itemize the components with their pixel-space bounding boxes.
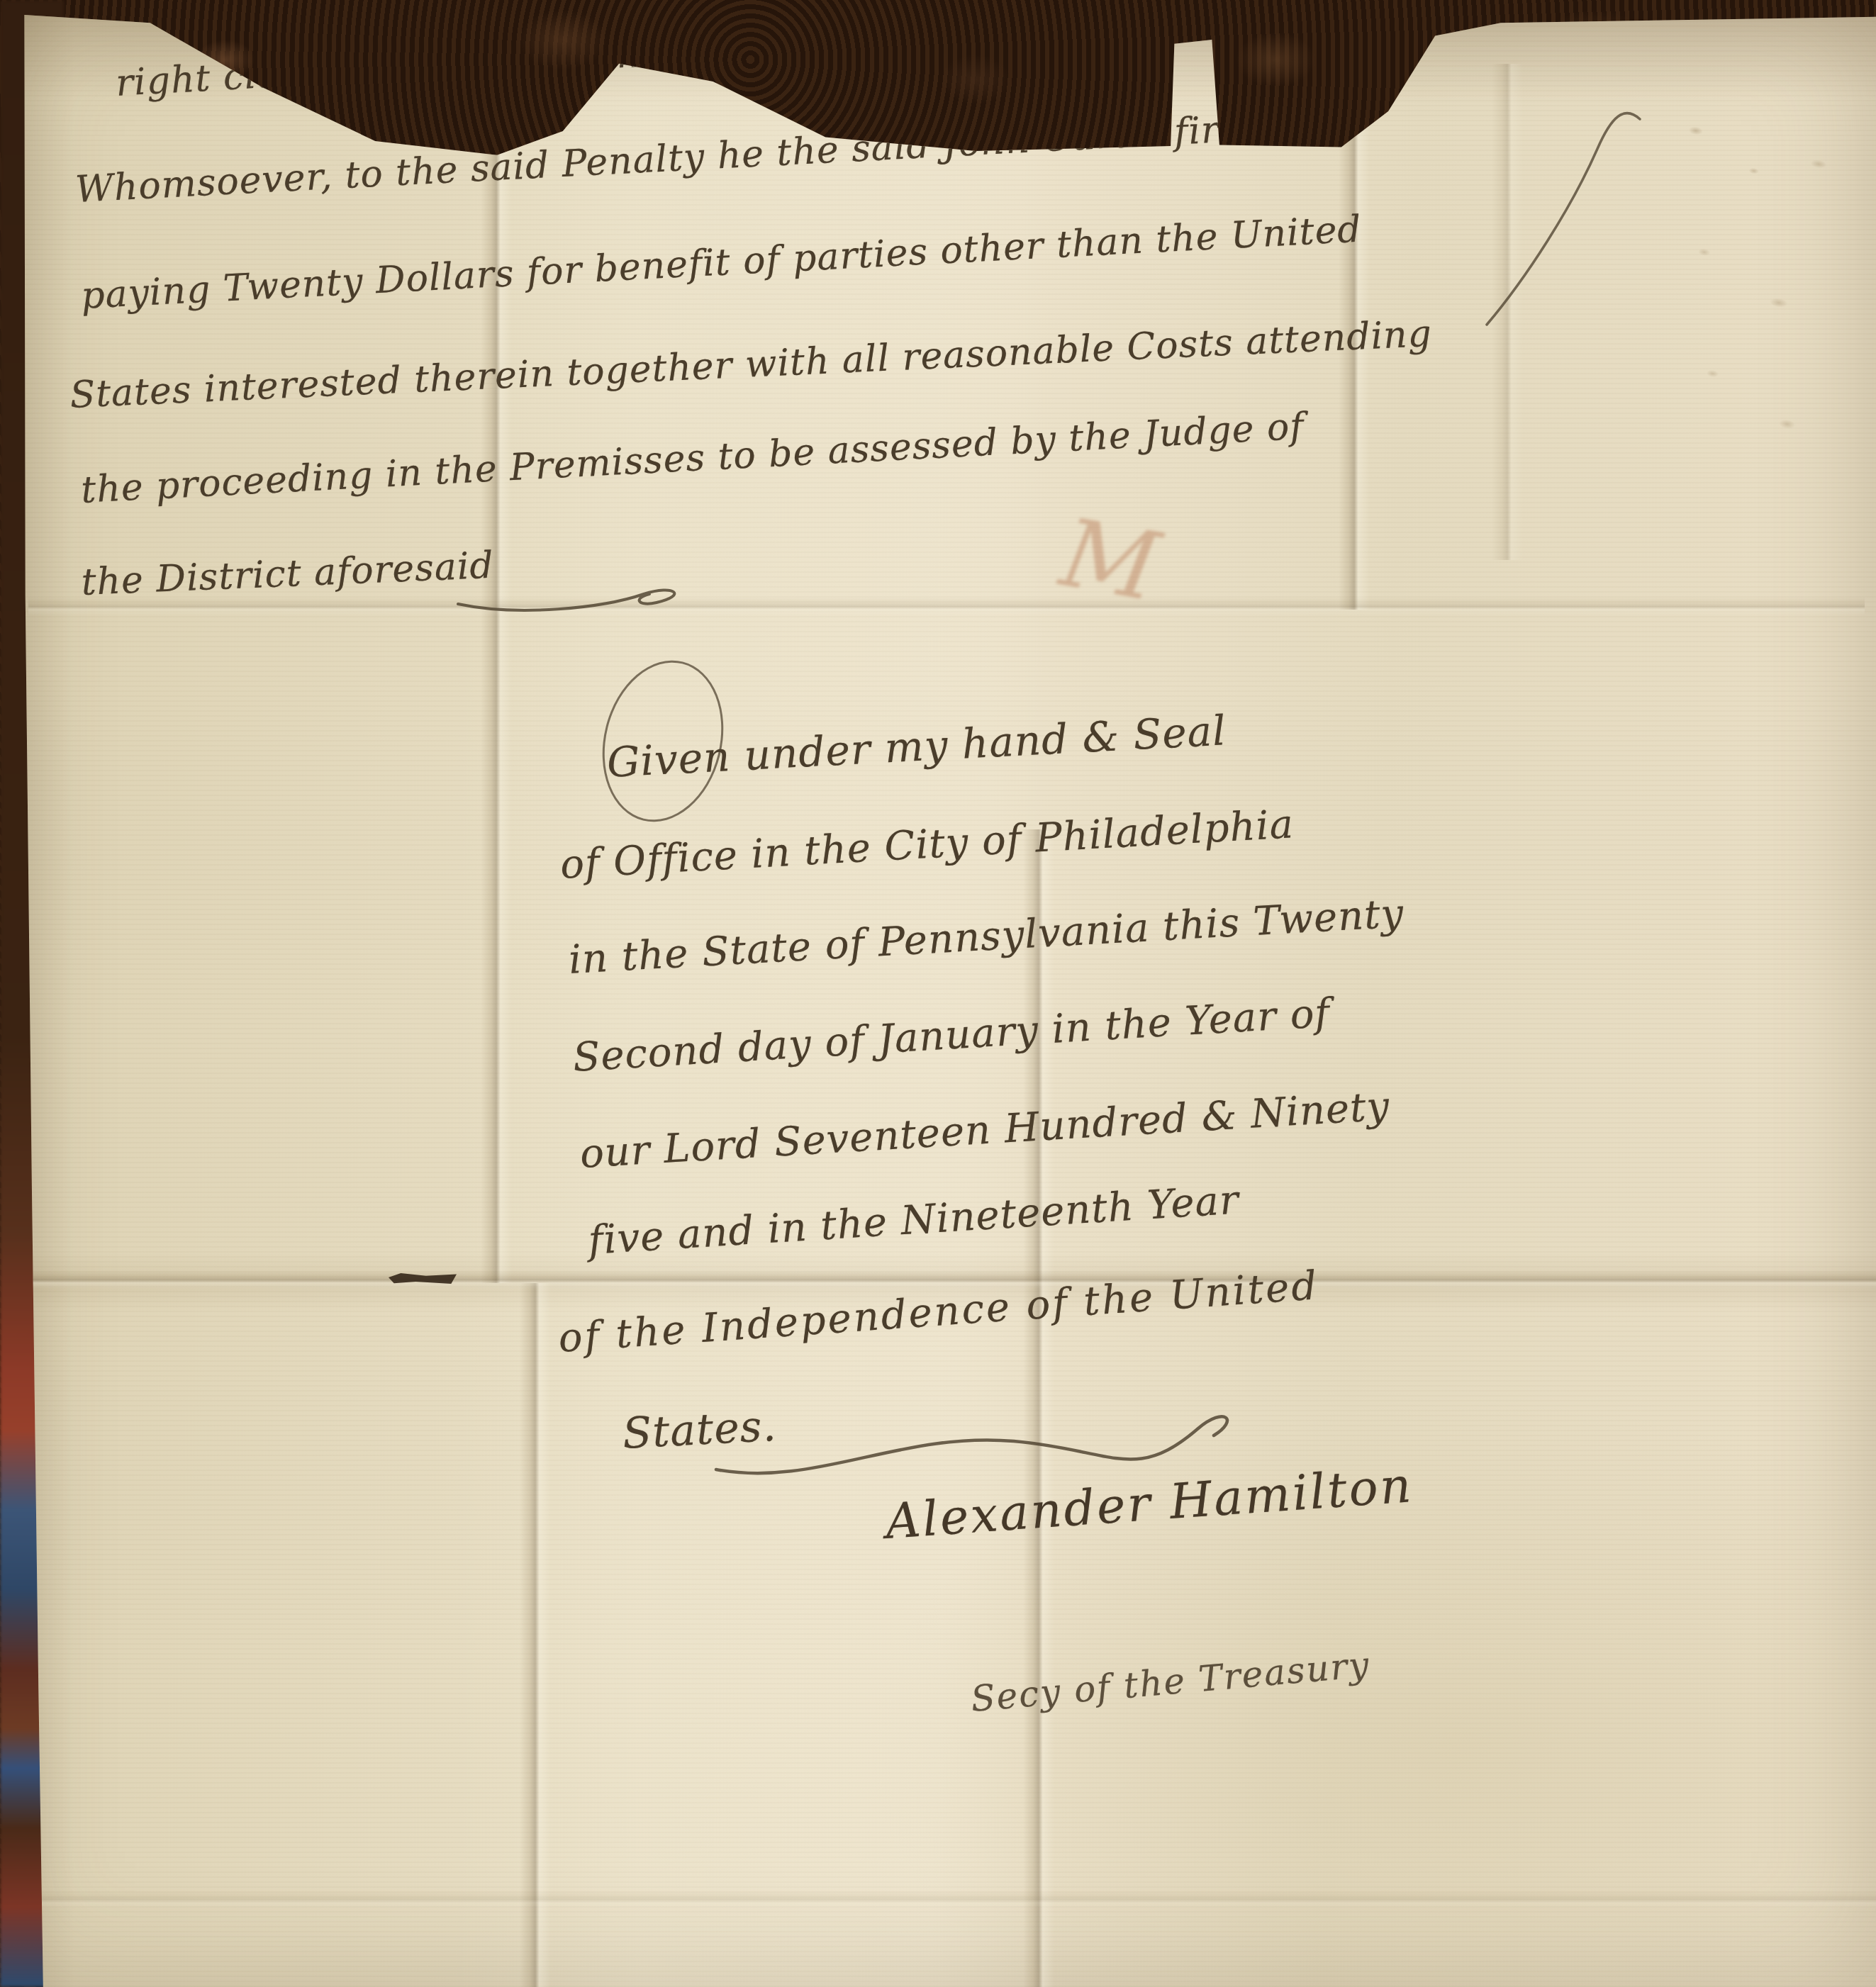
ink-stain-mark: M (1054, 498, 1167, 622)
stray-pen-stroke (1478, 99, 1656, 333)
fold-line-vertical (1023, 829, 1054, 1987)
manuscript-line: of Office in the City of Philadelphia (559, 801, 1295, 888)
manuscript-line: in the State of Pennsylvania this Twenty (567, 890, 1405, 983)
paper-sheet: M right claim & demand of the United Sta… (0, 0, 1876, 1987)
manuscript-line: States. (621, 1401, 778, 1459)
paper-tear (389, 1273, 457, 1284)
manuscript-line: States interested therein together with … (69, 313, 1433, 417)
manuscript-line: our Lord Seventeen Hundred & Ninety (579, 1083, 1391, 1177)
manuscript-line: of the Independence of the United (557, 1263, 1320, 1362)
signature-alexander-hamilton: Alexander Hamilton (883, 1457, 1414, 1550)
manuscript-line: Second day of January in the Year of (571, 990, 1331, 1081)
crease-horizontal (25, 1270, 1876, 1289)
fold-line-vertical (520, 1283, 551, 1987)
photo-of-document: { "scene": { "description": "Photograph … (0, 0, 1876, 1987)
crease-horizontal (39, 1890, 1876, 1908)
fold-line-vertical (481, 138, 512, 1283)
manuscript-line: the proceeding in the Premisses to be as… (80, 405, 1305, 512)
ink-bleedthrough (1597, 77, 1876, 505)
manuscript-line: Given under my hand & Seal (605, 706, 1227, 787)
manuscript-line: five and in the Nineteenth Year (587, 1177, 1241, 1264)
fold-line-vertical (1492, 64, 1523, 560)
crease-horizontal (28, 597, 1865, 615)
signature-title: Secy of the Treasury (969, 1644, 1372, 1720)
manuscript-line: paying Twenty Dollars for benefit of par… (80, 208, 1363, 318)
manuscript-line: the District aforesaid (80, 544, 494, 604)
